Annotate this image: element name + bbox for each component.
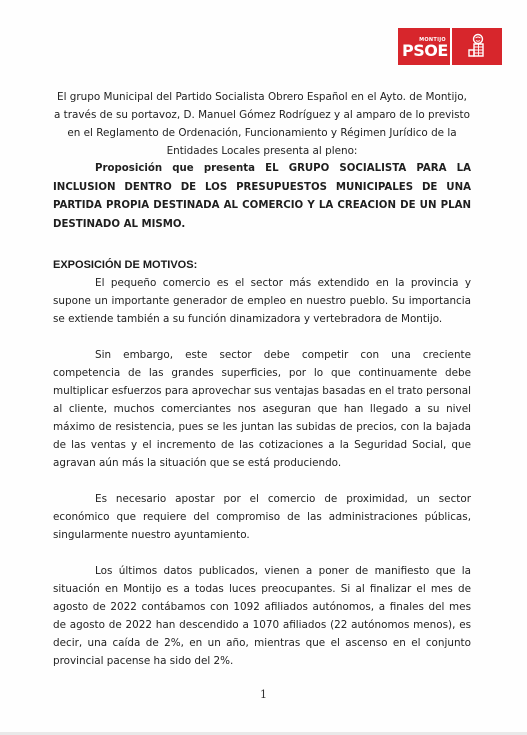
- proposal-text: Proposición que presenta EL GRUPO SOCIAL…: [53, 163, 471, 230]
- document-page: MONTIJO PSOE El grupo Municipal del Part…: [0, 0, 527, 732]
- paragraph-3: Es necesario apostar por el comercio de …: [53, 490, 471, 544]
- page-number: 1: [0, 688, 527, 701]
- document-body: El grupo Municipal del Partido Socialist…: [53, 88, 471, 670]
- paragraph-1: El pequeño comercio es el sector más ext…: [53, 274, 471, 328]
- proposal-heading: Proposición que presenta EL GRUPO SOCIAL…: [53, 160, 471, 234]
- logo-party: PSOE: [402, 42, 448, 60]
- intro-paragraph: El grupo Municipal del Partido Socialist…: [53, 88, 471, 160]
- paragraph-text: Sin embargo, este sector debe competir c…: [53, 349, 471, 469]
- paragraph-text: El pequeño comercio es el sector más ext…: [53, 277, 471, 325]
- fist-and-rose-icon: [466, 33, 488, 61]
- paragraph-4: Los últimos datos publicados, vienen a p…: [53, 562, 471, 670]
- logo-emblem-block: [452, 28, 502, 65]
- section-title: EXPOSICIÓN DE MOTIVOS:: [53, 256, 471, 274]
- paragraph-2: Sin embargo, este sector debe competir c…: [53, 346, 471, 472]
- paragraph-text: Es necesario apostar por el comercio de …: [53, 493, 471, 541]
- paragraph-text: Los últimos datos publicados, vienen a p…: [53, 565, 471, 667]
- psoe-montijo-logo: MONTIJO PSOE: [398, 28, 502, 65]
- logo-text-block: MONTIJO PSOE: [398, 28, 450, 65]
